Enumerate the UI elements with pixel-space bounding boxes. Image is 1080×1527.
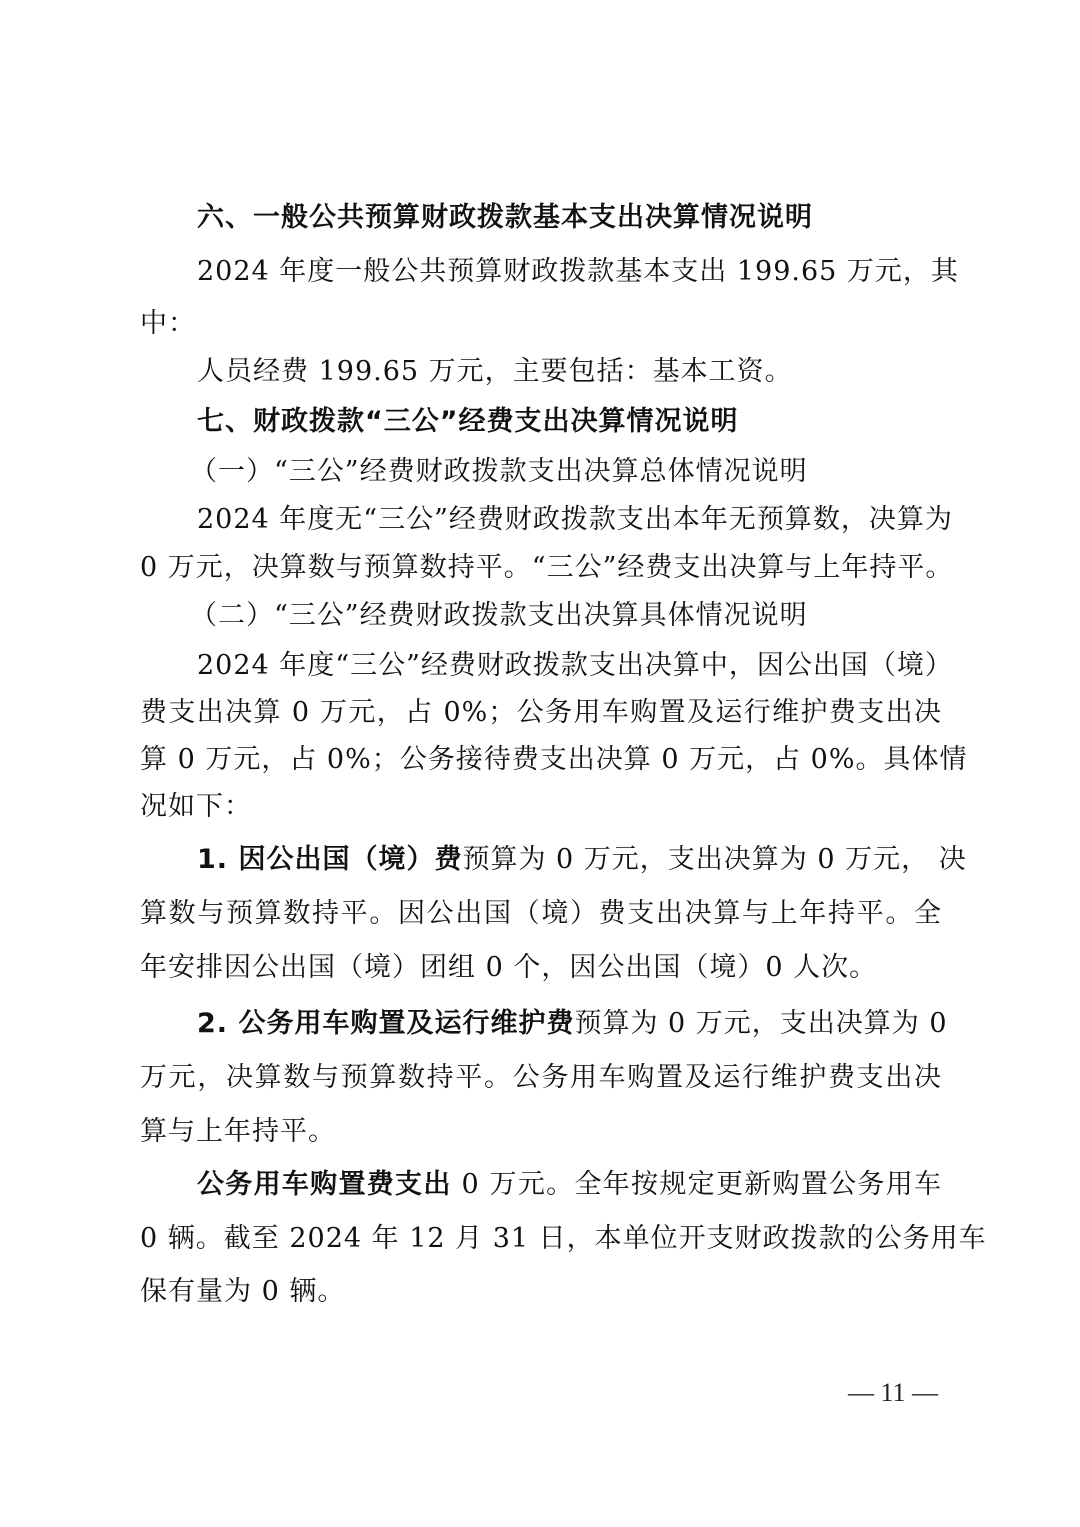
document-page: 六、一般公共预算财政拨款基本支出决算情况说明 2024 年度一般公共预算财政拨款… [0,0,1080,1527]
item-1-line-1: 1. 因公出国（境）费预算为 0 万元，支出决算为 0 万元， 决 [197,840,942,880]
subsection-2-heading: （二）“三公”经费财政拨款支出决算具体情况说明 [190,596,950,636]
section-6-paragraph-1-line-2: 中： [140,304,942,344]
item-1-line-2: 算数与预算数持平。因公出国（境）费支出决算与上年持平。全 [140,894,942,934]
subsection-2-line-3: 算 0 万元，占 0%；公务接待费支出决算 0 万元，占 0%。具体情 [140,740,942,780]
subsection-2-line-4: 况如下： [140,787,942,827]
vehicle-purchase-line-1: 公务用车购置费支出 0 万元。全年按规定更新购置公务用车 [197,1165,942,1205]
item-2-line-2: 万元，决算数与预算数持平。公务用车购置及运行维护费支出决 [140,1058,942,1098]
vehicle-purchase-bold-lead: 公务用车购置费支出 [197,1169,452,1200]
item-1-bold-lead: 1. 因公出国（境）费 [197,844,462,875]
section-6-paragraph-1-line-1: 2024 年度一般公共预算财政拨款基本支出 199.65 万元，其 [197,252,942,292]
subsection-1-line-2: 0 万元，决算数与预算数持平。“三公”经费支出决算与上年持平。 [140,548,942,588]
item-1-line-3: 年安排因公出国（境）团组 0 个，因公出国（境）0 人次。 [140,948,942,988]
section-7-heading: 七、财政拨款“三公”经费支出决算情况说明 [197,402,942,442]
subsection-2-line-2: 费支出决算 0 万元，占 0%；公务用车购置及运行维护费支出决 [140,693,942,733]
item-2-line-1-rest: 预算为 0 万元，支出决算为 0 [574,1008,947,1039]
subsection-1-line-1: 2024 年度无“三公”经费财政拨款支出本年无预算数，决算为 [197,500,942,540]
vehicle-purchase-line-2: 0 辆。截至 2024 年 12 月 31 日，本单位开支财政拨款的公务用车 [140,1219,942,1259]
subsection-1-heading: （一）“三公”经费财政拨款支出决算总体情况说明 [190,452,950,492]
item-2-line-1: 2. 公务用车购置及运行维护费预算为 0 万元，支出决算为 0 [197,1004,942,1044]
vehicle-purchase-line-1-rest: 0 万元。全年按规定更新购置公务用车 [452,1169,942,1200]
item-2-bold-lead: 2. 公务用车购置及运行维护费 [197,1008,574,1039]
vehicle-purchase-line-3: 保有量为 0 辆。 [140,1272,942,1312]
subsection-2-line-1: 2024 年度“三公”经费财政拨款支出决算中，因公出国（境） [197,646,942,686]
item-2-line-3: 算与上年持平。 [140,1112,942,1152]
section-6-paragraph-2: 人员经费 199.65 万元，主要包括：基本工资。 [197,352,942,392]
item-1-line-1-rest: 预算为 0 万元，支出决算为 0 万元， 决 [462,844,966,875]
section-6-heading: 六、一般公共预算财政拨款基本支出决算情况说明 [197,198,942,238]
page-number: — 11 — [838,1377,948,1409]
